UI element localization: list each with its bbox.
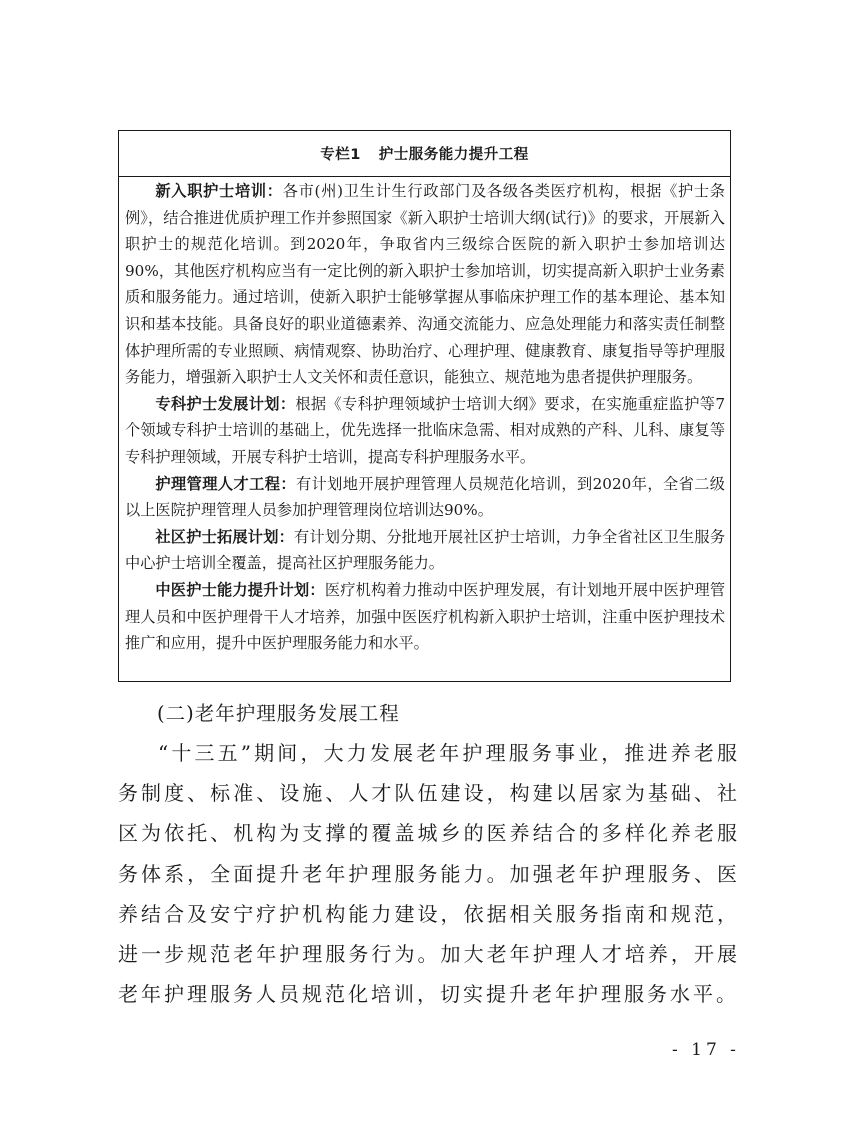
box-item-specialist-nurse-plan: 专科护士发展计划：根据《专科护理领域护士培训大纲》要求，在实施重症监护等7个领域… — [125, 391, 725, 471]
section-body: “十三五”期间，大力发展老年护理服务事业，推进养老服务制度、标准、设施、人才队伍… — [118, 733, 740, 1014]
box-item-lead: 新入职护士培训： — [155, 182, 282, 200]
box-item-lead: 中医护士能力提升计划： — [155, 581, 324, 599]
box-item-new-nurse-training: 新入职护士培训：各市(州)卫生计生行政部门及各级各类医疗机构，根据《护士条例》，… — [125, 178, 725, 391]
sidebar-box-body: 新入职护士培训：各市(州)卫生计生行政部门及各级各类医疗机构，根据《护士条例》，… — [119, 177, 730, 657]
box-item-tcm-nurse-plan: 中医护士能力提升计划：医疗机构着力推动中医护理发展，有计划地开展中医护理管理人员… — [125, 577, 725, 657]
section-heading: (二)老年护理服务发展工程 — [157, 696, 400, 732]
box-item-lead: 社区护士拓展计划： — [155, 528, 294, 546]
sidebar-box-title: 护士服务能力提升工程 — [379, 143, 529, 164]
box-item-lead: 专科护士发展计划： — [155, 395, 295, 413]
box-item-management-talent: 护理管理人才工程：有计划地开展护理管理人员规范化培训，到2020年，全省二级以上… — [125, 471, 725, 524]
box-item-text: 各市(州)卫生计生行政部门及各级各类医疗机构，根据《护士条例》，结合推进优质护理… — [125, 182, 725, 386]
section-paragraph: “十三五”期间，大力发展老年护理服务事业，推进养老服务制度、标准、设施、人才队伍… — [118, 733, 740, 1014]
page-number: - 17 - — [672, 1040, 740, 1060]
sidebar-box-label: 专栏1 — [320, 143, 361, 164]
sidebar-box-header: 专栏1 护士服务能力提升工程 — [119, 131, 730, 177]
box-item-lead: 护理管理人才工程： — [155, 475, 296, 493]
sidebar-box-nurse-capacity: 专栏1 护士服务能力提升工程 新入职护士培训：各市(州)卫生计生行政部门及各级各… — [118, 130, 731, 682]
box-item-community-nurse-plan: 社区护士拓展计划：有计划分期、分批地开展社区护士培训，力争全省社区卫生服务中心护… — [125, 524, 725, 577]
